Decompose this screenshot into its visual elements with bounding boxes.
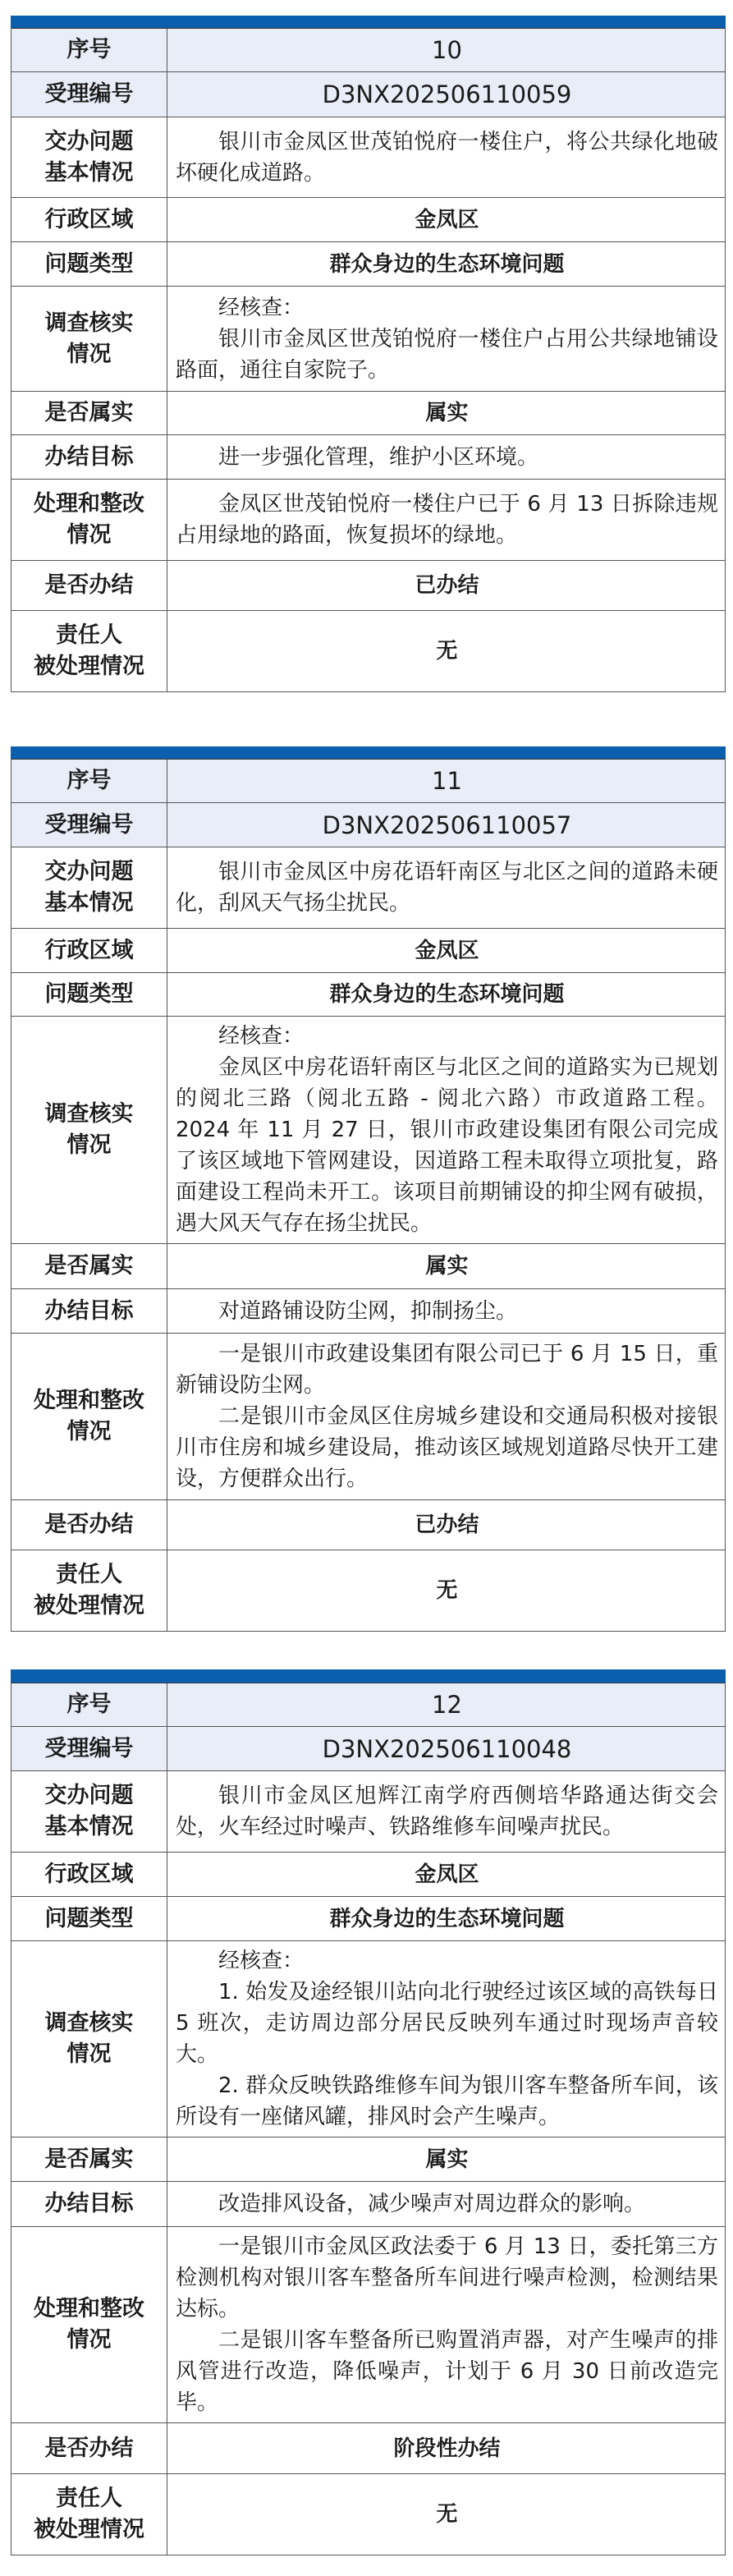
row-handling: 处理和整改情况 金凤区世茂铂悦府一楼住户已于 6 月 13 日拆除违规占用绿地的… [11, 480, 726, 561]
row-seq: 序号 11 [11, 759, 726, 803]
label-goal: 办结目标 [11, 2182, 167, 2226]
label-closed: 是否办结 [11, 2423, 167, 2473]
row-region: 行政区域 金凤区 [11, 1853, 726, 1897]
row-case-no: 受理编号 D3NX202506110059 [11, 72, 726, 117]
header-bar [11, 746, 726, 759]
label-handling: 处理和整改情况 [11, 480, 167, 560]
value-goal: 对道路铺设防尘网，抑制扬尘。 [167, 1289, 725, 1333]
header-bar [11, 16, 726, 28]
value-investigation: 经核查： 银川市金凤区世茂铂悦府一楼住户占用公共绿地铺设路面，通往自家院子。 [167, 287, 725, 391]
value-case-no: D3NX202506110057 [167, 803, 725, 847]
value-closed: 已办结 [167, 561, 725, 610]
value-goal: 进一步强化管理，维护小区环境。 [167, 435, 725, 479]
label-investigation: 调查核实情况 [11, 287, 167, 391]
value-issue: 银川市金凤区中房花语轩南区与北区之间的道路未硬化，刮风天气扬尘扰民。 [167, 847, 725, 928]
row-investigation: 调查核实情况 经核查： 金凤区中房花语轩南区与北区之间的道路实为已规划的阅北三路… [11, 1017, 726, 1244]
value-verified: 属实 [167, 2137, 725, 2181]
value-region: 金凤区 [167, 198, 725, 241]
label-issue: 交办问题基本情况 [11, 1771, 167, 1852]
label-handling: 处理和整改情况 [11, 2227, 167, 2422]
row-verified: 是否属实 属实 [11, 2137, 726, 2182]
value-goal: 改造排风设备，减少噪声对周边群众的影响。 [167, 2182, 725, 2226]
label-region: 行政区域 [11, 1853, 167, 1896]
row-case-no: 受理编号 D3NX202506110048 [11, 1727, 726, 1771]
value-seq: 10 [167, 29, 725, 71]
value-type: 群众身边的生态环境问题 [167, 242, 725, 286]
label-region: 行政区域 [11, 929, 167, 972]
header-bar [11, 1669, 726, 1683]
row-goal: 办结目标 进一步强化管理，维护小区环境。 [11, 435, 726, 480]
value-case-no: D3NX202506110048 [167, 1727, 725, 1770]
row-issue: 交办问题基本情况 银川市金凤区中房花语轩南区与北区之间的道路未硬化，刮风天气扬尘… [11, 847, 726, 929]
label-goal: 办结目标 [11, 435, 167, 479]
row-handling: 处理和整改情况 一是银川市金凤区政法委于 6 月 13 日，委托第三方检测机构对… [11, 2227, 726, 2423]
label-accountability: 责任人被处理情况 [11, 611, 167, 691]
case-table-10: 序号 10 受理编号 D3NX202506110059 交办问题基本情况 银川市… [11, 16, 726, 692]
label-seq: 序号 [11, 1683, 167, 1726]
label-goal: 办结目标 [11, 1289, 167, 1333]
row-verified: 是否属实 属实 [11, 392, 726, 435]
value-case-no: D3NX202506110059 [167, 72, 725, 117]
row-closed: 是否办结 阶段性办结 [11, 2423, 726, 2474]
label-closed: 是否办结 [11, 561, 167, 610]
label-case-no: 受理编号 [11, 803, 167, 847]
label-investigation: 调查核实情况 [11, 1017, 167, 1243]
row-type: 问题类型 群众身边的生态环境问题 [11, 242, 726, 287]
label-type: 问题类型 [11, 242, 167, 286]
row-closed: 是否办结 已办结 [11, 561, 726, 611]
row-issue: 交办问题基本情况 银川市金凤区世茂铂悦府一楼住户，将公共绿化地破坏硬化成道路。 [11, 117, 726, 198]
label-seq: 序号 [11, 760, 167, 802]
label-verified: 是否属实 [11, 392, 167, 434]
row-closed: 是否办结 已办结 [11, 1500, 726, 1550]
case-table-11: 序号 11 受理编号 D3NX202506110057 交办问题基本情况 银川市… [11, 746, 726, 1632]
case-table-12: 序号 12 受理编号 D3NX202506110048 交办问题基本情况 银川市… [11, 1669, 726, 2555]
row-region: 行政区域 金凤区 [11, 929, 726, 973]
value-verified: 属实 [167, 1244, 725, 1288]
row-seq: 序号 10 [11, 28, 726, 72]
label-verified: 是否属实 [11, 2137, 167, 2181]
row-region: 行政区域 金凤区 [11, 198, 726, 242]
value-region: 金凤区 [167, 1853, 725, 1896]
label-region: 行政区域 [11, 198, 167, 241]
value-type: 群众身边的生态环境问题 [167, 1897, 725, 1940]
row-verified: 是否属实 属实 [11, 1244, 726, 1289]
label-accountability: 责任人被处理情况 [11, 2474, 167, 2555]
value-handling: 一是银川市政建设集团有限公司已于 6 月 15 日，重新铺设防尘网。 二是银川市… [167, 1334, 725, 1499]
value-region: 金凤区 [167, 929, 725, 972]
row-accountability: 责任人被处理情况 无 [11, 611, 726, 692]
value-accountability: 无 [167, 1550, 725, 1631]
value-handling: 一是银川市金凤区政法委于 6 月 13 日，委托第三方检测机构对银川客车整备所车… [167, 2227, 725, 2422]
row-investigation: 调查核实情况 经核查： 银川市金凤区世茂铂悦府一楼住户占用公共绿地铺设路面，通往… [11, 287, 726, 392]
value-seq: 12 [167, 1683, 725, 1726]
row-seq: 序号 12 [11, 1683, 726, 1727]
row-goal: 办结目标 改造排风设备，减少噪声对周边群众的影响。 [11, 2182, 726, 2227]
row-accountability: 责任人被处理情况 无 [11, 1550, 726, 1632]
value-investigation: 经核查： 金凤区中房花语轩南区与北区之间的道路实为已规划的阅北三路（阅北五路 -… [167, 1017, 725, 1243]
label-accountability: 责任人被处理情况 [11, 1550, 167, 1631]
row-issue: 交办问题基本情况 银川市金凤区旭辉江南学府西侧培华路通达街交会处，火车经过时噪声… [11, 1771, 726, 1853]
value-closed: 已办结 [167, 1500, 725, 1550]
value-closed: 阶段性办结 [167, 2423, 725, 2473]
value-accountability: 无 [167, 611, 725, 691]
label-type: 问题类型 [11, 973, 167, 1016]
label-verified: 是否属实 [11, 1244, 167, 1288]
label-seq: 序号 [11, 29, 167, 71]
label-handling: 处理和整改情况 [11, 1334, 167, 1499]
value-issue: 银川市金凤区旭辉江南学府西侧培华路通达街交会处，火车经过时噪声、铁路维修车间噪声… [167, 1771, 725, 1852]
row-goal: 办结目标 对道路铺设防尘网，抑制扬尘。 [11, 1289, 726, 1334]
label-issue: 交办问题基本情况 [11, 117, 167, 197]
label-case-no: 受理编号 [11, 72, 167, 117]
row-type: 问题类型 群众身边的生态环境问题 [11, 1897, 726, 1941]
value-type: 群众身边的生态环境问题 [167, 973, 725, 1016]
value-issue: 银川市金凤区世茂铂悦府一楼住户，将公共绿化地破坏硬化成道路。 [167, 117, 725, 197]
label-closed: 是否办结 [11, 1500, 167, 1550]
label-type: 问题类型 [11, 1897, 167, 1940]
value-accountability: 无 [167, 2474, 725, 2555]
value-handling: 金凤区世茂铂悦府一楼住户已于 6 月 13 日拆除违规占用绿地的路面，恢复损坏的… [167, 480, 725, 560]
row-handling: 处理和整改情况 一是银川市政建设集团有限公司已于 6 月 15 日，重新铺设防尘… [11, 1334, 726, 1500]
label-investigation: 调查核实情况 [11, 1941, 167, 2137]
value-seq: 11 [167, 760, 725, 802]
value-verified: 属实 [167, 392, 725, 434]
label-issue: 交办问题基本情况 [11, 847, 167, 928]
row-investigation: 调查核实情况 经核查： 1. 始发及途经银川站向北行驶经过该区域的高铁每日 5 … [11, 1941, 726, 2137]
row-accountability: 责任人被处理情况 无 [11, 2474, 726, 2555]
label-case-no: 受理编号 [11, 1727, 167, 1770]
row-type: 问题类型 群众身边的生态环境问题 [11, 973, 726, 1017]
row-case-no: 受理编号 D3NX202506110057 [11, 803, 726, 847]
value-investigation: 经核查： 1. 始发及途经银川站向北行驶经过该区域的高铁每日 5 班次，走访周边… [167, 1941, 725, 2137]
